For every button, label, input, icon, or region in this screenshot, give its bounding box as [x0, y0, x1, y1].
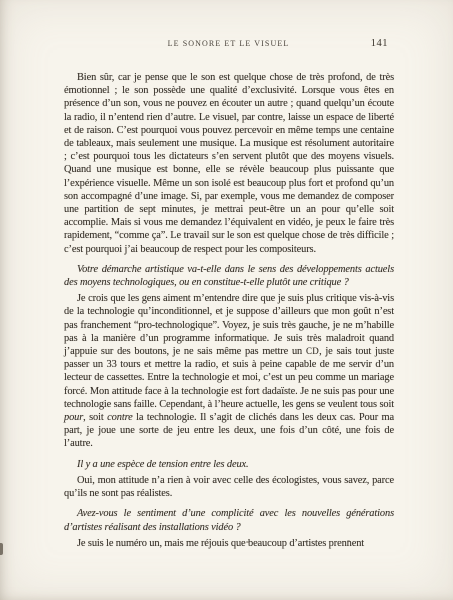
text-segment: CD	[306, 346, 319, 356]
running-title: LE SONORE ET LE VISUEL	[64, 39, 393, 48]
book-page: LE SONORE ET LE VISUEL 141 Bien sûr, car…	[0, 0, 453, 600]
text-segment: Oui, mon attitude n’a rien à voir avec c…	[64, 475, 394, 499]
text-segment: , soit	[83, 412, 107, 423]
question-paragraph: Votre démarche artistique va-t-elle dans…	[64, 263, 394, 289]
scan-artifact	[0, 543, 3, 555]
answer-paragraph: Oui, mon attitude n’a rien à voir avec c…	[64, 474, 394, 500]
page-number: 141	[371, 38, 388, 49]
answer-paragraph: Je crois que les gens aiment m’entendre …	[64, 292, 394, 450]
text-segment: Avez-vous le sentiment d’une complicité …	[64, 508, 394, 532]
text-segment: pour	[64, 412, 83, 423]
text-segment: Je suis le numéro un, mais me réjouis qu…	[77, 538, 364, 549]
answer-paragraph: Je suis le numéro un, mais me réjouis qu…	[64, 537, 394, 550]
text-body: Bien sûr, car je pense que le son est qu…	[64, 71, 394, 550]
text-segment: contre	[107, 412, 132, 423]
scan-speck	[347, 540, 350, 542]
answer-paragraph: Bien sûr, car je pense que le son est qu…	[64, 71, 394, 256]
question-paragraph: Il y a une espèce de tension entre les d…	[64, 458, 394, 471]
text-segment: Bien sûr, car je pense que le son est qu…	[64, 72, 394, 255]
question-paragraph: Avez-vous le sentiment d’une complicité …	[64, 507, 394, 533]
text-segment: Votre démarche artistique va-t-elle dans…	[64, 264, 394, 288]
page-header: LE SONORE ET LE VISUEL 141	[64, 39, 393, 52]
scan-speck	[246, 541, 249, 543]
text-segment: Il y a une espèce de tension entre les d…	[77, 459, 248, 470]
